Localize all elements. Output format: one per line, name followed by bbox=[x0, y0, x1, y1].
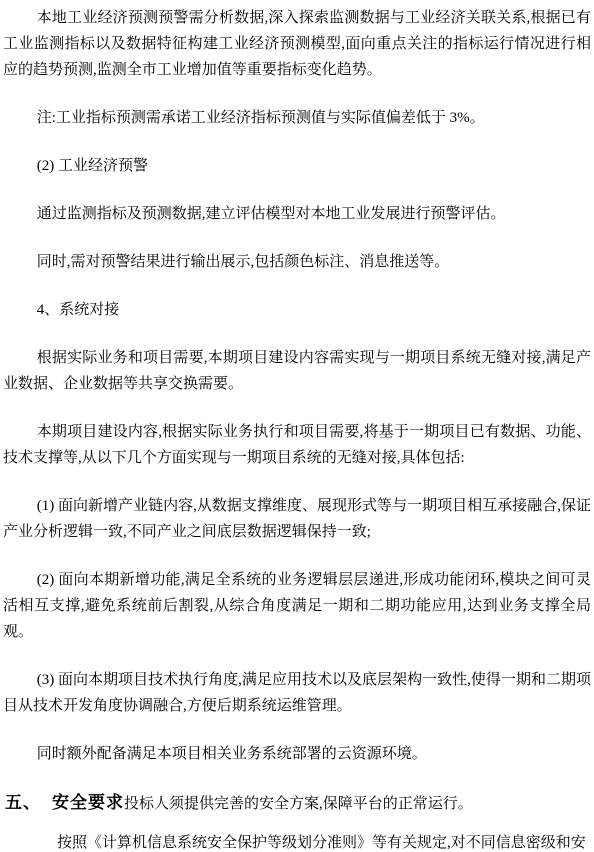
para-aspect-2-new-functions: (2) 面向本期新增功能,满足全系统的业务逻辑层层递进,形成功能闭环,模块之间可… bbox=[3, 567, 591, 645]
para-aspect-3-technical: (3) 面向本期项目技术执行角度,满足应用技术以及底层架构一致性,使得一期和二期… bbox=[3, 667, 591, 719]
heading-security-requirements: 五、安全要求投标人须提供完善的安全方案,保障平台的正常运行。 bbox=[3, 789, 591, 818]
document-page: 本地工业经济预测预警需分析数据,深入探索监测数据与工业经济关联关系,根据已有工业… bbox=[0, 0, 594, 852]
para-note-deviation: 注:工业指标预测需承诺工业经济指标预测值与实际值偏差低于 3%。 bbox=[3, 105, 591, 131]
para-heading-system-integration: 4、系统对接 bbox=[3, 297, 591, 323]
para-cloud-resource: 同时额外配备满足本项目相关业务系统部署的云资源环境。 bbox=[3, 741, 591, 767]
para-forecast-analysis: 本地工业经济预测预警需分析数据,深入探索监测数据与工业经济关联关系,根据已有工业… bbox=[3, 5, 591, 83]
heading-trailing-text: 投标人须提供完善的安全方案,保障平台的正常运行。 bbox=[124, 796, 473, 812]
para-warning-evaluation: 通过监测指标及预测数据,建立评估模型对本地工业发展进行预警评估。 bbox=[3, 201, 591, 227]
heading-title: 安全要求 bbox=[52, 793, 124, 812]
para-security-regulation: 按照《计算机信息系统安全保护等级划分准则》等有关规定,对不同信息密级和安 bbox=[3, 830, 591, 852]
para-warning-output: 同时,需对预警结果进行输出展示,包括颜色标注、消息推送等。 bbox=[3, 249, 591, 275]
para-subheading-industry-warning: (2) 工业经济预警 bbox=[3, 153, 591, 179]
para-integration-requirement: 根据实际业务和项目需要,本期项目建设内容需实现与一期项目系统无缝对接,满足产业数… bbox=[3, 345, 591, 397]
para-integration-aspects-intro: 本期项目建设内容,根据实际业务执行和项目需要,将基于一期项目已有数据、功能、技术… bbox=[3, 419, 591, 471]
para-aspect-1-industry-chain: (1) 面向新增产业链内容,从数据支撑维度、展现形式等与一期项目相互承接融合,保… bbox=[3, 493, 591, 545]
heading-number: 五、 bbox=[5, 793, 41, 812]
